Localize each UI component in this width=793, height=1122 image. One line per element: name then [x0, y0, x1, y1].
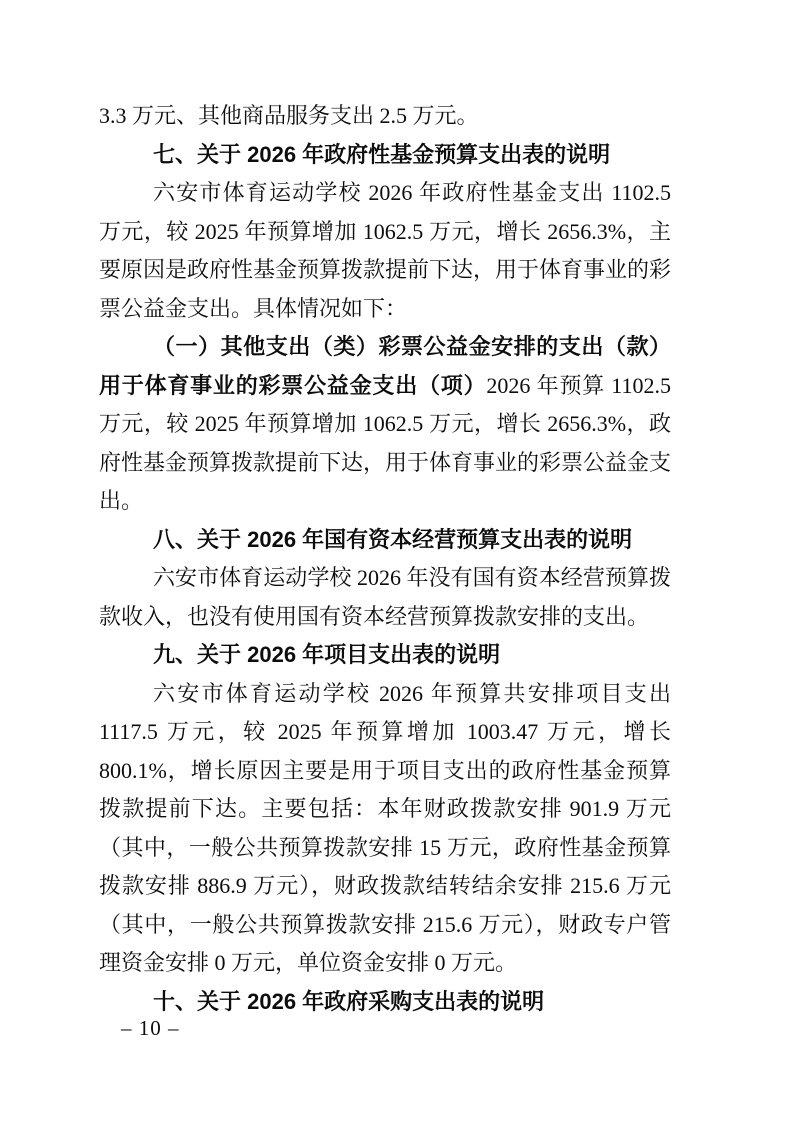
section8-heading: 八、关于 2026 年国有资本经营预算支出表的说明: [99, 521, 671, 560]
section8-paragraph: 六安市体育运动学校 2026 年没有国有资本经营预算拨款收入，也没有使用国有资本…: [99, 559, 671, 636]
page-number: – 10 –: [121, 1013, 180, 1043]
section7-item1: （一）其他支出（类）彩票公益金安排的支出（款）用于体育事业的彩票公益金支出（项）…: [99, 328, 671, 521]
document-body: 3.3 万元、其他商品服务支出 2.5 万元。 七、关于 2026 年政府性基金…: [99, 97, 671, 1021]
section7-paragraph: 六安市体育运动学校 2026 年政府性基金支出 1102.5 万元，较 2025…: [99, 174, 671, 328]
paragraph-continuation: 3.3 万元、其他商品服务支出 2.5 万元。: [99, 97, 671, 136]
section10-heading: 十、关于 2026 年政府采购支出表的说明: [99, 983, 671, 1022]
section9-heading: 九、关于 2026 年项目支出表的说明: [99, 636, 671, 675]
section9-paragraph: 六安市体育运动学校 2026 年预算共安排项目支出 1117.5 万元，较 20…: [99, 675, 671, 983]
section7-heading: 七、关于 2026 年政府性基金预算支出表的说明: [99, 136, 671, 175]
